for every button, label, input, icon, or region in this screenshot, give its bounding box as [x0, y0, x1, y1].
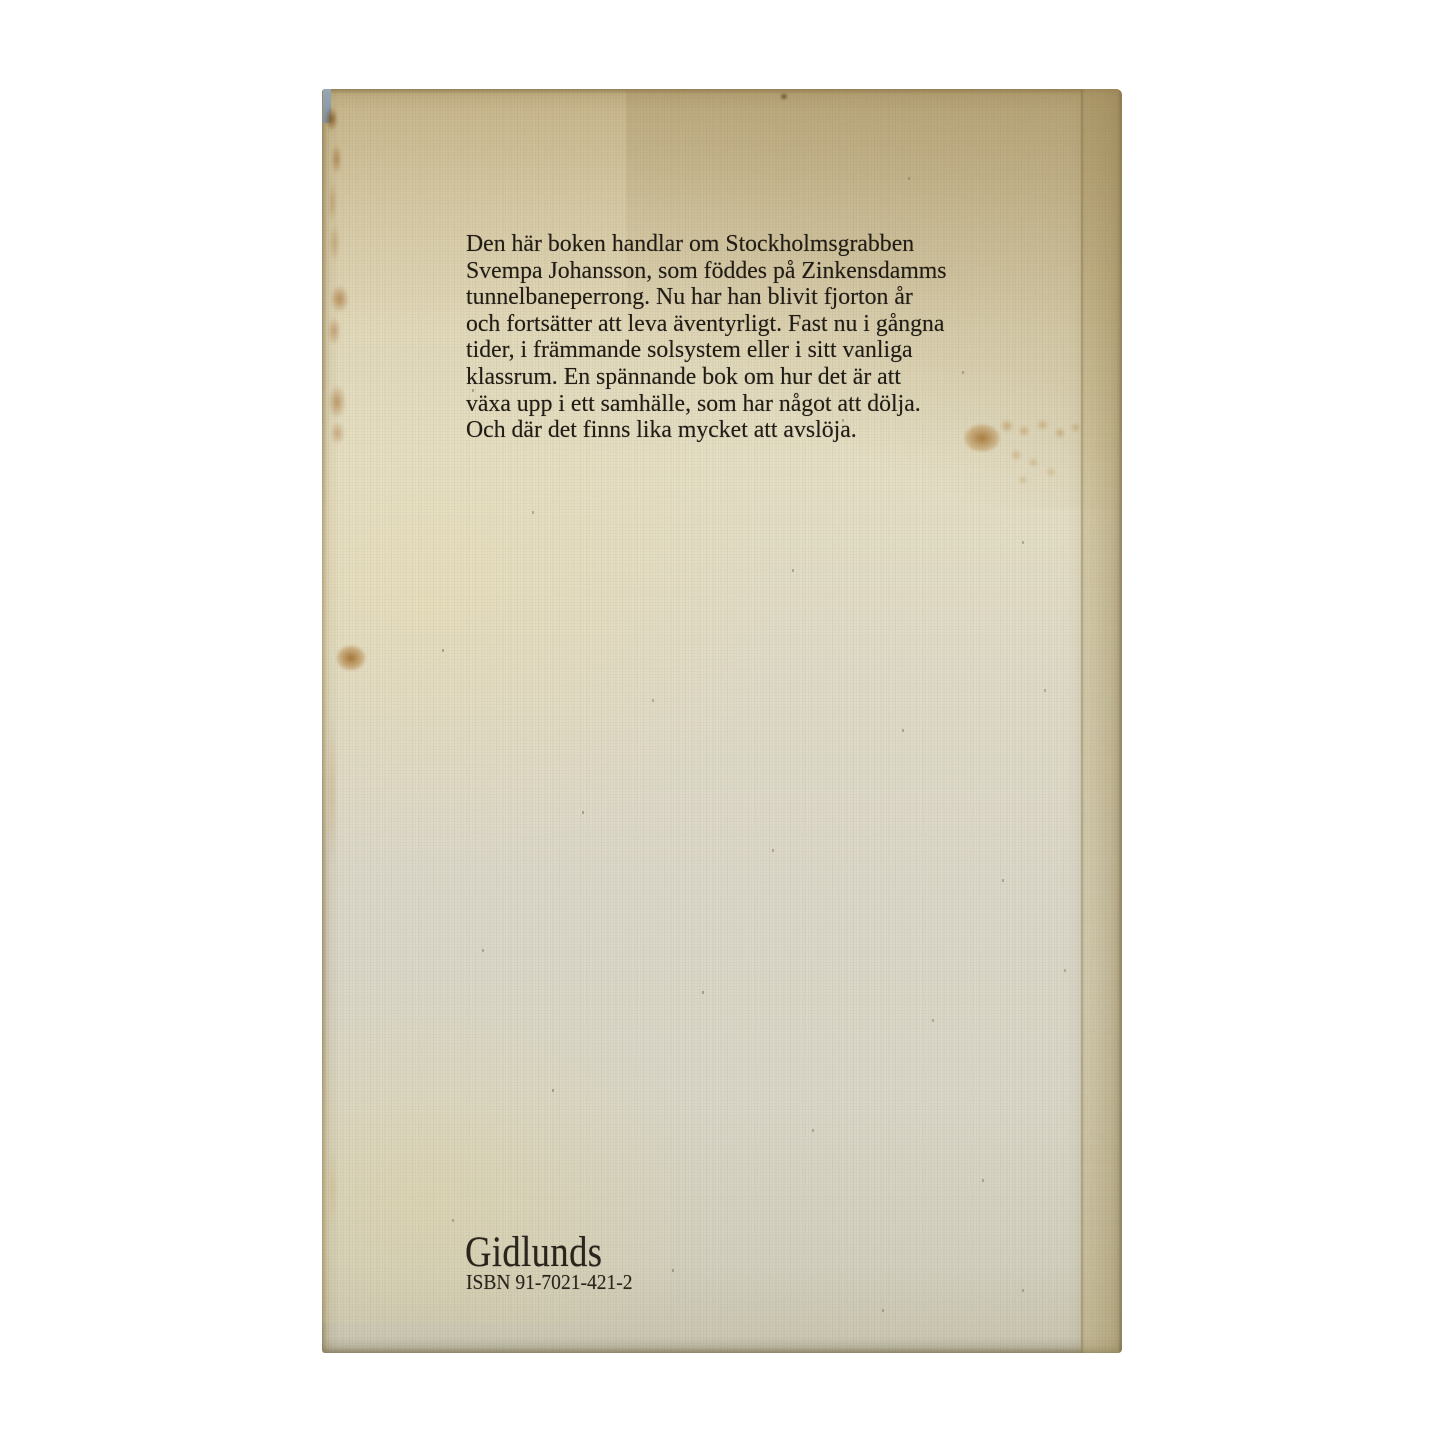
cover-fibre-flecks [322, 89, 324, 92]
stain [330, 285, 349, 313]
blurb-text: Den här boken handlar om Stockholmsgrabb… [466, 231, 947, 444]
blurb-line: växa upp i ett samhälle, som har något a… [466, 391, 947, 418]
stain [1000, 419, 1014, 433]
stain [780, 93, 788, 100]
isbn-text: ISBN 91-7021-421-2 [466, 1272, 633, 1293]
page-block-sliver [323, 89, 331, 123]
stain [331, 144, 342, 174]
cover-hinge-groove-band [1081, 89, 1119, 1353]
blurb-line: Svempa Johansson, som föddes på Zinkensd… [466, 258, 947, 285]
stain [1010, 449, 1022, 461]
stain [327, 317, 341, 345]
blurb-line: och fortsätter att leva äventyrligt. Fas… [466, 311, 947, 338]
stain [336, 645, 366, 671]
stain [1036, 419, 1049, 431]
blurb-line: Och där det finns lika mycket att avslöj… [466, 417, 947, 444]
blurb-line: tider, i främmande solsystem eller i sit… [466, 337, 947, 364]
stain [1070, 422, 1081, 433]
stain [1046, 467, 1056, 477]
stain [330, 421, 345, 445]
photo-backdrop: Den här boken handlar om Stockholmsgrabb… [0, 0, 1445, 1445]
stain [325, 107, 338, 131]
stain [1018, 425, 1030, 437]
stain [328, 385, 346, 419]
publisher-name: Gidlunds [465, 1231, 602, 1274]
blurb-line: tunnelbaneperrong. Nu har han blivit fjo… [466, 284, 947, 311]
stain [964, 424, 1000, 452]
stain [1054, 427, 1066, 439]
stain [329, 224, 340, 262]
stain [327, 717, 337, 867]
stain [328, 181, 337, 223]
blurb-line: Den här boken handlar om Stockholmsgrabb… [466, 231, 947, 258]
stain [1018, 475, 1028, 485]
cover-tint-mid-left [322, 389, 802, 869]
stain [328, 1149, 337, 1229]
blurb-line: klassrum. En spännande bok om hur det är… [466, 364, 947, 391]
book-back-cover: Den här boken handlar om Stockholmsgrabb… [322, 89, 1122, 1353]
stain [1028, 457, 1039, 468]
